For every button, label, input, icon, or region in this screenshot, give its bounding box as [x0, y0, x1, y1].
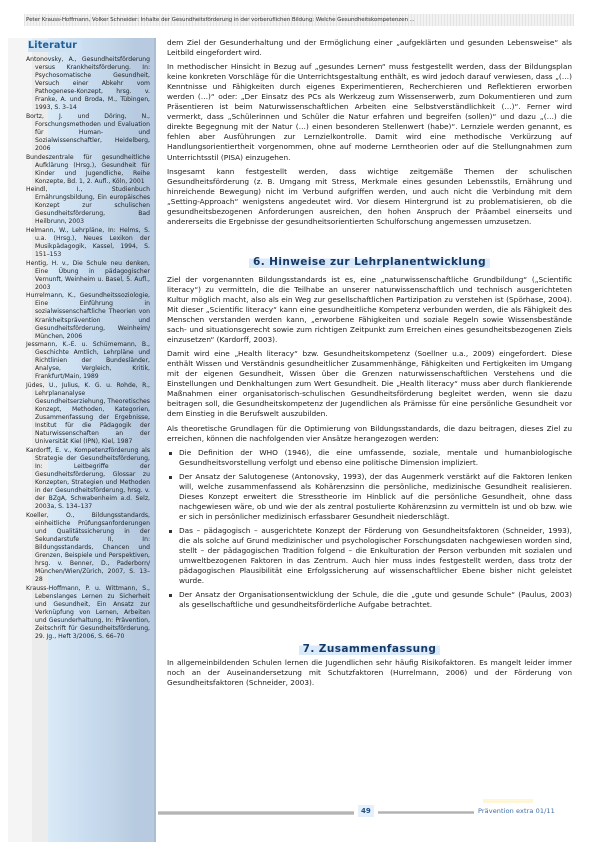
reference-item: Krauss-Hoffmann, P. u. Wittmann, S., Leb… [26, 585, 150, 641]
body-paragraph: In methodischer Hinsicht in Bezug auf „g… [167, 62, 572, 162]
body-paragraph: Damit wird eine „Health literacy“ bzw. G… [167, 349, 572, 419]
list-item: Die Definition der WHO (1946), die eine … [167, 448, 572, 468]
reference-item: Hentig, H. v., Die Schule neu denken, Ei… [26, 260, 150, 292]
journal-issue: Prävention extra 01/11 [478, 805, 555, 817]
literature-sidebar: Literatur Antonovsky, A., Gesundheitsför… [26, 38, 150, 641]
list-item: Der Ansatz der Organisationsentwicklung … [167, 590, 572, 610]
body-paragraph: In allgemeinbildenden Schulen lernen die… [167, 658, 572, 688]
literature-title: Literatur [28, 40, 81, 52]
journal-accent [483, 799, 533, 803]
section-heading-7-text: 7. Zusammenfassung [299, 643, 441, 655]
main-column: dem Ziel der Gesunderhaltung und der Erm… [167, 38, 572, 692]
running-head: Peter Krauss-Hoffmann, Volker Schneider:… [24, 14, 574, 26]
body-paragraph: Insgesamt kann festgestellt werden, dass… [167, 167, 572, 227]
approaches-list: Die Definition der WHO (1946), die eine … [167, 448, 572, 611]
body-paragraph: dem Ziel der Gesunderhaltung und der Erm… [167, 38, 572, 58]
list-item: Das – pädagogisch – ausgerichtete Konzep… [167, 526, 572, 586]
section-heading-6: 6. Hinweise zur Lehrplanentwicklung [167, 255, 572, 269]
reference-item: Kardorff, E. v., Kompetenzförderung als … [26, 447, 150, 511]
reference-item: Hurrelmann, K., Gesundheitssoziologie, E… [26, 292, 150, 340]
reference-item: Jüdes, U., Julius, K. G. u. Rohde, R., L… [26, 382, 150, 446]
list-item: Der Ansatz der Salutogenese (Antonovsky,… [167, 472, 572, 522]
reference-item: Antonovsky, A., Gesundheitsförderung ver… [26, 56, 150, 112]
reference-item: Jessmann, K.-E. u. Schümemann, B., Gesch… [26, 341, 150, 381]
reference-item: Koeller, O., Bildungsstandards, einheitl… [26, 512, 150, 584]
footer-rule-right [378, 811, 474, 814]
reference-item: Heindl, I., Studienbuch Ernährungsbildun… [26, 186, 150, 226]
reference-item: Bundeszentrale für gesundheitliche Aufkl… [26, 154, 150, 186]
reference-item: Helmann, W., Lehrpläne, In: Helms, S. u.… [26, 227, 150, 259]
reference-item: Bortz, J. und Döring, N., Forschungsmeth… [26, 113, 150, 153]
page-number: 49 [358, 805, 374, 817]
section-heading-6-text: 6. Hinweise zur Lehrplanentwicklung [249, 256, 490, 268]
body-paragraph: Als theoretische Grundlagen für die Opti… [167, 424, 572, 444]
section-heading-7: 7. Zusammenfassung [167, 642, 572, 656]
footer-rule-left [158, 811, 354, 815]
body-paragraph: Ziel der vorgenannten Bildungsstandards … [167, 275, 572, 345]
